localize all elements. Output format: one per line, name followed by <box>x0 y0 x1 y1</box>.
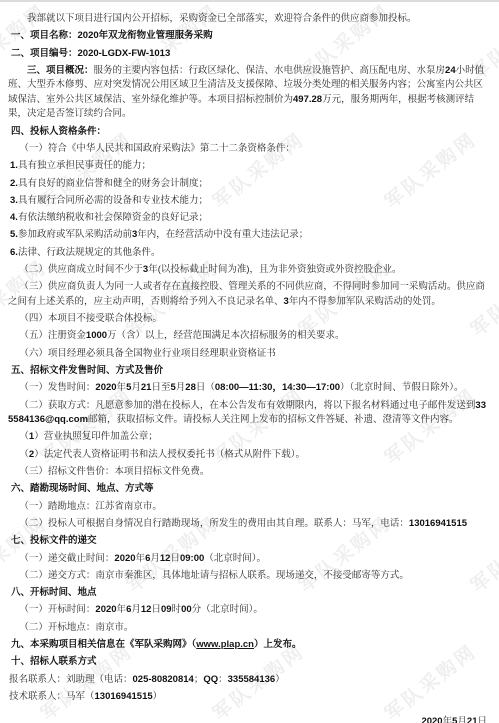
text-run: 年 <box>117 382 127 393</box>
text-run: 二、项目编号：2020-LGDX-FW-1013 <box>11 48 170 59</box>
technical-contact-line: 技术联系人：马军（13016941515） <box>8 690 490 705</box>
text-run: ） <box>275 674 285 685</box>
section-2-project-number: 二、项目编号：2020-LGDX-FW-1013 <box>8 47 490 62</box>
text-run: 年(以投标截止时间为准)，且为非外资独资或外资控股企业。 <box>148 264 401 275</box>
text-run: 2. <box>10 178 18 189</box>
text-run: 025-80820814 <box>133 674 194 685</box>
section-4-item-6: （六）项目经理必须具备全国物业行业项目经理职业资格证书 <box>8 347 490 362</box>
text-run: 12 <box>160 553 171 564</box>
text-run: 报名联系人：刘助理（电话： <box>9 674 133 685</box>
text-run: 七、投标文件的递交 <box>11 535 97 546</box>
text-run: 年内，在经营活动中没有重大违法记录； <box>137 229 308 240</box>
text-run: 三、项目概况： <box>27 65 94 76</box>
text-run: （三）招标文件售价：本项目招标文件免费。 <box>19 466 209 477</box>
text-run: 年 <box>443 716 453 723</box>
qualification-2: 2.具有良好的商业信誉和健全的财务会计制度； <box>8 177 490 192</box>
text-run: 月 <box>176 382 186 393</box>
text-run: 六、踏勘现场时间、地点、方式等 <box>11 483 154 494</box>
section-8-heading: 八、开标时间、地点 <box>8 586 490 601</box>
text-run: （二）开标地点：南京市。 <box>19 622 133 633</box>
text-run: 12 <box>141 604 152 615</box>
text-run: ）（北京时间、节假日除外）。 <box>340 382 464 393</box>
text-run: 技术联系人：马军（ <box>9 691 95 702</box>
section-6-heading: 六、踏勘现场时间、地点、方式等 <box>8 482 490 497</box>
text-run: 一、项目名称：2020年双龙衔物业管理服务采购 <box>11 30 213 41</box>
qualification-4: 4.有依法缴纳税收和社会保障资金的良好记录； <box>8 211 490 226</box>
section-8-item-2: （二）开标地点：南京市。 <box>8 621 490 636</box>
text-run: 月 <box>131 382 141 393</box>
text-run: （一）踏勘地点：江苏省南京市。 <box>19 501 162 512</box>
text-run: 2020 <box>95 382 116 393</box>
text-run: 日（ <box>196 382 215 393</box>
page-top-edge <box>0 0 499 2</box>
text-run: 四、投标人资格条件： <box>11 126 106 137</box>
text-run: ； <box>194 674 204 685</box>
section-4-item-3: （三）供应商负责人为同一人或者存在直接控股、管理关系的不同供应商，不得同时参加同… <box>8 280 490 309</box>
text-run: （二）供应商成立时间不少于 <box>19 264 143 275</box>
section-5-item-1: （一）发售时间：2020年5月21日至5月28日（08:00—11:30，14:… <box>8 381 490 396</box>
text-run: 服务的主要内容包括：行政区绿化、保洁、水电供应设施管护、高压配电房、水泵房 <box>94 65 446 76</box>
text-run: 九、本采购项目相关信息在《军队采购网》（ <box>11 639 196 650</box>
section-4-item-2: （二）供应商成立时间不少于3年(以投标截止时间为准)，且为非外资独资或外资控股企… <box>8 263 490 278</box>
text-run: （二）获取方式：凡愿意参加的潜在投标人，在本公告发布有效期限内，将以下报名材料通… <box>19 400 475 411</box>
text-run: 09:00 <box>180 553 204 564</box>
text-run: 日至 <box>151 382 170 393</box>
text-run: 年 <box>117 604 127 615</box>
text-run: 八、开标时间、地点 <box>11 587 97 598</box>
section-8-item-1: （一）开标时间：2020年6月12日09时00分（北京时间）。 <box>8 603 490 618</box>
section-9-publish-info: 九、本采购项目相关信息在《军队采购网》（www.plap.cn）上发布。 <box>8 638 490 653</box>
text-run: ） <box>153 691 163 702</box>
text-run: 3. <box>10 195 18 206</box>
text-run: QQ <box>203 674 218 685</box>
text-run: 具有良好的商业信誉和健全的财务会计制度； <box>18 178 208 189</box>
section-4-item-4: （四）本项目不接受联合体投标。 <box>8 312 490 327</box>
text-run: 十、招标人联系方式 <box>11 656 97 667</box>
intro-paragraph: 我部就以下项目进行国内公开招标，采购资金已全部落实，欢迎符合条件的供应商参加投标… <box>8 12 490 27</box>
text-run: 2020 <box>95 604 116 615</box>
text-run: 6. <box>10 247 18 258</box>
section-4-heading: 四、投标人资格条件： <box>8 125 490 140</box>
text-run: 335584136 <box>228 674 276 685</box>
text-run: 24 <box>445 65 456 76</box>
qualification-5: 5.参加政府或军队采购活动前3年内，在经营活动中没有重大违法记录； <box>8 228 490 243</box>
publish-date: 2020年5月21日 <box>8 715 490 723</box>
text-run: 497.28 <box>293 94 322 105</box>
text-run: ）上发布。 <box>254 639 302 650</box>
section-4-item-1: （一）符合《中华人民共和国政府采购法》第二十二条资格条件： <box>8 142 490 157</box>
text-run: 13016941515 <box>95 691 153 702</box>
text-run: 2020 <box>114 553 135 564</box>
text-run: 法律、行政法规规定的其他条件。 <box>18 247 161 258</box>
text-run: （五）注册资金 <box>19 330 86 341</box>
qualification-3: 3.具有履行合同所必需的设备和专业技术能力； <box>8 194 490 209</box>
text-run: 分（北京时间）。 <box>192 604 263 615</box>
text-run: 4. <box>10 212 18 223</box>
section-5-item-3: （三）招标文件售价：本项目招标文件免费。 <box>8 465 490 480</box>
text-run: 日 <box>151 604 161 615</box>
section-6-item-2: （二）投标人可根据自身情况自行踏勘现场，所发生的费用由其自理。联系人：马军，电话… <box>8 517 490 532</box>
section-7-heading: 七、投标文件的递交 <box>8 534 490 549</box>
text-run: 1000 <box>86 330 107 341</box>
text-run: 13016941515 <box>409 518 467 529</box>
text-run: 月 <box>150 553 160 564</box>
section-4-item-5: （五）注册资金1000万（含）以上，经营范围满足本次招标服务的相关要求。 <box>8 329 490 344</box>
section-6-item-1: （一）踏勘地点：江苏省南京市。 <box>8 500 490 515</box>
plap-link[interactable]: www.plap.cn <box>196 639 254 650</box>
text-run: （一）发售时间： <box>19 382 95 393</box>
registration-contact-line: 报名联系人：刘助理（电话：025-80820814；QQ：335584136） <box>8 673 490 688</box>
section-7-item-1: （一）递交截止时间：2020年6月12日09:00（北京时间）。 <box>8 552 490 567</box>
qualification-1: 1.具有独立承担民事责任的能力； <box>8 159 490 174</box>
text-run: 日 <box>477 716 487 723</box>
text-run: （一）符合《中华人民共和国政府采购法》第二十二条资格条件： <box>19 143 295 154</box>
section-10-heading: 十、招标人联系方式 <box>8 655 490 670</box>
text-run: 08:00—11:30，14:30—17:00 <box>215 382 340 393</box>
text-run: 时 <box>172 604 182 615</box>
text-run: 2020 <box>421 716 442 723</box>
text-run: （一）递交截止时间： <box>19 553 114 564</box>
text-run: 万（含）以上，经营范围满足本次招标服务的相关要求。 <box>107 330 345 341</box>
text-run: （ <box>19 431 29 442</box>
text-run: （四）本项目不接受联合体投标。 <box>19 313 162 324</box>
text-run: 日 <box>170 553 180 564</box>
text-run: 邮箱，获取招标文件。请投标人关注网上发布的招标文件答疑、补遗、澄清等文件内容。 <box>88 414 459 425</box>
text-run: （北京时间）。 <box>204 553 266 564</box>
text-run: （六）项目经理必须具备全国物业行业项目经理职业资格证书 <box>19 348 276 359</box>
text-run: 具有履行合同所必需的设备和专业技术能力； <box>18 195 208 206</box>
section-3-project-overview: 三、项目概况：服务的主要内容包括：行政区绿化、保洁、水电供应设施管护、高压配电房… <box>8 64 490 122</box>
procurement-notice-document: 我部就以下项目进行国内公开招标，采购资金已全部落实，欢迎符合条件的供应商参加投标… <box>0 0 499 723</box>
text-run: 我部就以下项目进行国内公开招标，采购资金已全部落实，欢迎符合条件的供应商参加投标… <box>27 13 417 24</box>
text-run: 21 <box>141 382 152 393</box>
text-run: （二）投标人可根据自身情况自行踏勘现场，所发生的费用由其自理。联系人：马军，电话… <box>19 518 409 529</box>
text-run: （一）开标时间： <box>19 604 95 615</box>
text-run: 09 <box>161 604 172 615</box>
text-run: 参加政府或军队采购活动前 <box>18 229 132 240</box>
text-run: 五、招标文件发售时间、方式及售价 <box>11 365 163 376</box>
text-run: 有依法缴纳税收和社会保障资金的良好记录； <box>18 212 208 223</box>
text-run: （ <box>19 449 29 460</box>
section-5-heading: 五、招标文件发售时间、方式及售价 <box>8 364 490 379</box>
text-run: 28 <box>185 382 196 393</box>
section-5-subitem-1: （1）营业执照复印件加盖公章； <box>8 430 490 445</box>
text-run: 1. <box>10 160 18 171</box>
qualification-6: 6.法律、行政法规规定的其他条件。 <box>8 246 490 261</box>
text-run: （二）递交方式：南京市秦淮区，具体地址请与招标人联系。现场递交，不接受邮寄等方式… <box>19 570 409 581</box>
section-5-item-2: （二）获取方式：凡愿意参加的潜在投标人，在本公告发布有效期限内，将以下报名材料通… <box>8 399 490 428</box>
text-run: 月 <box>131 604 141 615</box>
text-run: 21 <box>467 716 478 723</box>
text-run: 00 <box>181 604 192 615</box>
text-run: ）营业执照复印件加盖公章； <box>34 431 158 442</box>
section-1-project-name: 一、项目名称：2020年双龙衔物业管理服务采购 <box>8 29 490 44</box>
text-run: 5. <box>10 229 18 240</box>
text-run: ： <box>218 674 228 685</box>
text-run: 月 <box>457 716 467 723</box>
text-run: 年内不得参加军队采购活动的处罚。 <box>289 296 441 307</box>
text-run: 年 <box>136 553 146 564</box>
text-run: ）法定代表人资格证明书和法人授权委托书（格式从附件下载）。 <box>34 449 305 460</box>
text-run: 具有独立承担民事责任的能力； <box>18 160 151 171</box>
section-5-subitem-2: （2）法定代表人资格证明书和法人授权委托书（格式从附件下载）。 <box>8 448 490 463</box>
section-7-item-2: （二）递交方式：南京市秦淮区，具体地址请与招标人联系。现场递交，不接受邮寄等方式… <box>8 569 490 584</box>
